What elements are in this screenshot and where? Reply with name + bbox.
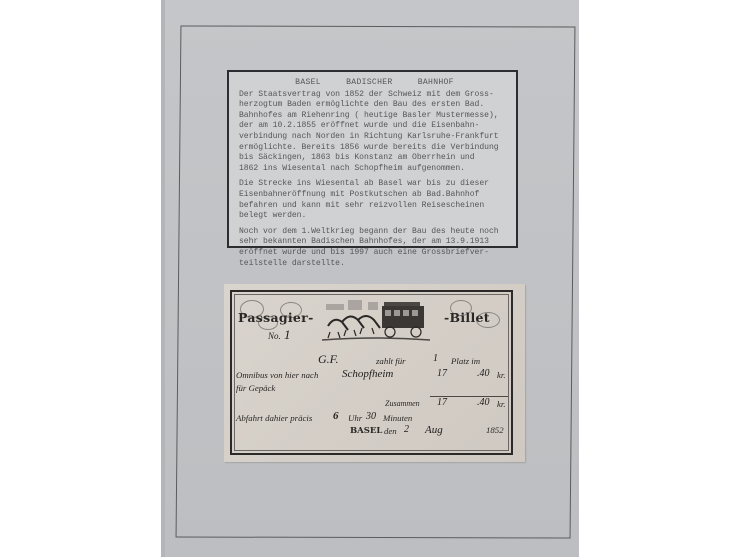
route-label: Omnibus von hier nach xyxy=(236,370,318,380)
title-word: BAHNHOF xyxy=(418,78,454,87)
date-year: 1852 xyxy=(486,425,504,435)
paragraph-new-station: Noch vor dem 1.Weltkrieg begann der Bau … xyxy=(239,227,510,269)
total-kr-label: kr. xyxy=(497,399,506,409)
seats-value: 1 xyxy=(433,353,438,364)
title-word: BADISCHER xyxy=(346,78,392,87)
omnibus-illustration-icon xyxy=(322,296,430,342)
kr-label: kr. xyxy=(497,370,506,380)
paid-label: zahlt für xyxy=(376,356,406,366)
minutes-label: Minuten xyxy=(383,413,412,423)
fare-kr: .40 xyxy=(477,368,490,379)
date-label: den xyxy=(384,426,397,436)
total-label: Zusammen xyxy=(385,399,420,408)
ticket-title-left: Passagier- xyxy=(238,310,314,325)
departure-hour: 6 xyxy=(333,410,339,422)
album-page-edge xyxy=(161,0,165,557)
paragraph-wiesental: Die Strecke ins Wiesental ab Basel war b… xyxy=(239,179,510,221)
departure-label: Abfahrt dahier präcis xyxy=(236,413,312,423)
total-kr: .40 xyxy=(477,397,490,408)
title-word: BASEL xyxy=(295,78,321,87)
description-title: BASEL BADISCHER BAHNHOF xyxy=(239,78,510,89)
date-day: 2 xyxy=(404,424,409,435)
seats-label: Platz im xyxy=(451,356,480,366)
ticket-number-label: No. xyxy=(268,331,281,341)
departure-minutes: 30 xyxy=(366,411,376,422)
hour-label: Uhr xyxy=(348,413,362,423)
destination: Schopfheim xyxy=(342,368,393,380)
place-label: BASEL xyxy=(350,426,382,436)
description-box: BASEL BADISCHER BAHNHOF Der Staatsvertra… xyxy=(227,70,518,248)
ticket-title-right: -Billet xyxy=(444,310,490,325)
paragraph-history: Der Staatsvertrag von 1852 der Schweiz m… xyxy=(239,90,510,175)
initials: G.F. xyxy=(318,352,338,367)
date-month: Aug xyxy=(425,424,443,436)
total-fl: 17 xyxy=(437,397,447,408)
luggage-label: für Gepäck xyxy=(236,383,275,393)
fare-fl: 17 xyxy=(437,368,447,379)
ticket-number-value: 1 xyxy=(284,327,291,343)
